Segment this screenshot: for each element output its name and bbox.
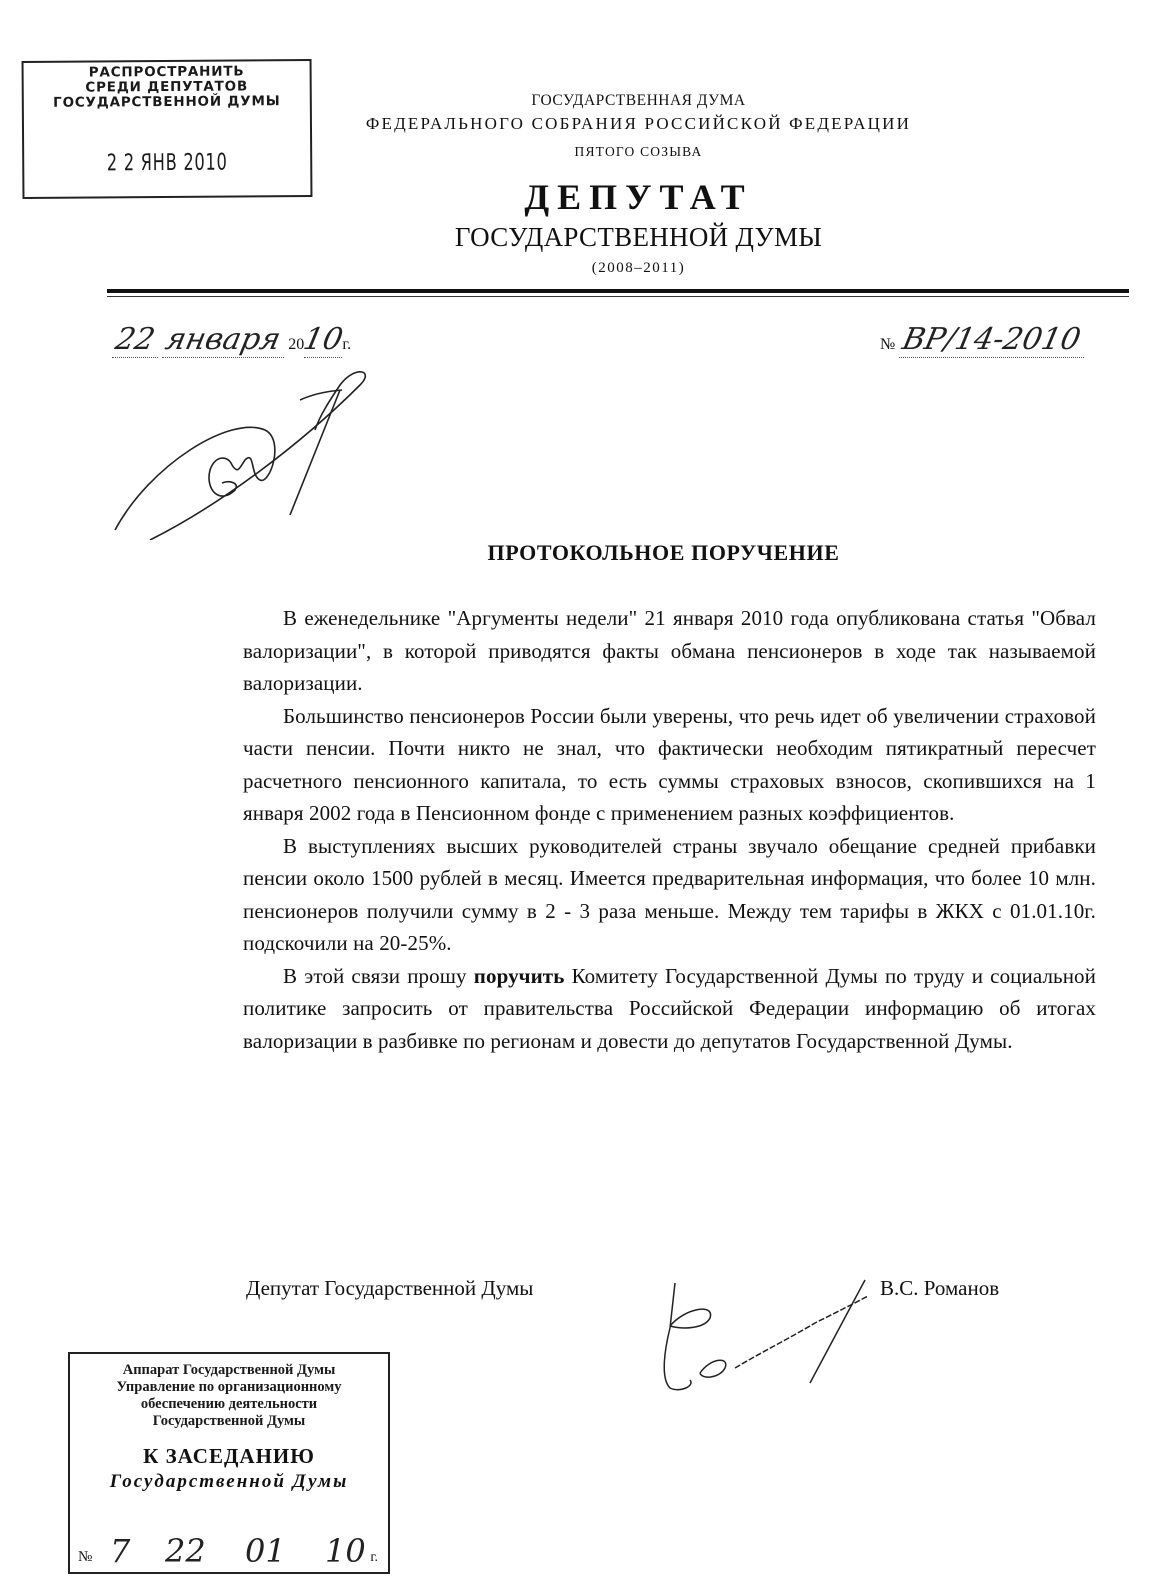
signoff-name: В.С. Романов	[880, 1276, 999, 1301]
date-suffix: г.	[342, 336, 351, 353]
registration-day: 22	[165, 1532, 206, 1570]
registration-stamp-title: К ЗАСЕДАНИЮ	[70, 1444, 388, 1469]
stamp-line: обеспечению деятельности	[70, 1396, 388, 1413]
registration-month: 01	[245, 1532, 286, 1570]
stamp-line: Аппарат Государственной Думы	[70, 1362, 388, 1379]
document-number: № BP/14-2010	[880, 322, 1084, 358]
registration-number-label: №	[78, 1549, 92, 1566]
request-text: В этой связи прошу	[283, 964, 474, 988]
header-rule-thick	[107, 289, 1129, 293]
signoff-position: Депутат Государственной Думы	[246, 1276, 533, 1301]
registration-stamp-header: Аппарат Государственной Думы Управление …	[70, 1362, 388, 1430]
stamp-line: Государственной Думы	[70, 1413, 388, 1430]
document-body: В еженедельнике "Аргументы недели" 21 ян…	[243, 602, 1096, 1057]
date-year-suffix: 10	[301, 322, 347, 357]
body-paragraph: В выступлениях высших руководителей стра…	[243, 830, 1096, 960]
letterhead-term: (2008–2011)	[0, 260, 1157, 277]
body-paragraph: В еженедельнике "Аргументы недели" 21 ян…	[243, 602, 1096, 700]
document-date: 22 января 2010г.	[112, 322, 351, 358]
letterhead-line3: ПЯТОГО СОЗЫВА	[0, 144, 1157, 160]
document-title: ПРОТОКОЛЬНОЕ ПОРУЧЕНИЕ	[0, 540, 1157, 566]
date-day: 22	[112, 322, 158, 357]
resolution-signature-icon	[110, 355, 370, 540]
date-month: января	[162, 322, 283, 357]
registration-year-suffix: г.	[370, 1550, 378, 1566]
author-signature-icon	[640, 1268, 870, 1398]
letterhead-line2: ФЕДЕРАЛЬНОГО СОБРАНИЯ РОССИЙСКОЙ ФЕДЕРАЦ…	[0, 114, 1157, 134]
registration-stamp: Аппарат Государственной Думы Управление …	[68, 1352, 390, 1574]
header-rule-thin	[107, 296, 1129, 297]
registration-year: 10	[325, 1532, 366, 1570]
body-paragraph-request: В этой связи прошу поручить Комитету Гос…	[243, 960, 1096, 1058]
letterhead-title: ДЕПУТАТ	[0, 176, 1157, 218]
letterhead-subtitle: ГОСУДАРСТВЕННОЙ ДУМЫ	[0, 222, 1157, 253]
stamp-line: Управление по организационному	[70, 1379, 388, 1396]
request-emphasis: поручить	[474, 964, 565, 988]
registration-number: 7	[110, 1532, 130, 1570]
body-paragraph: Большинство пенсионеров России были увер…	[243, 700, 1096, 830]
number-label: №	[880, 336, 895, 353]
letterhead-line1: ГОСУДАРСТВЕННАЯ ДУМА	[0, 92, 1157, 110]
registration-stamp-subtitle: Государственной Думы	[70, 1471, 388, 1493]
number-value: BP/14-2010	[900, 322, 1084, 357]
